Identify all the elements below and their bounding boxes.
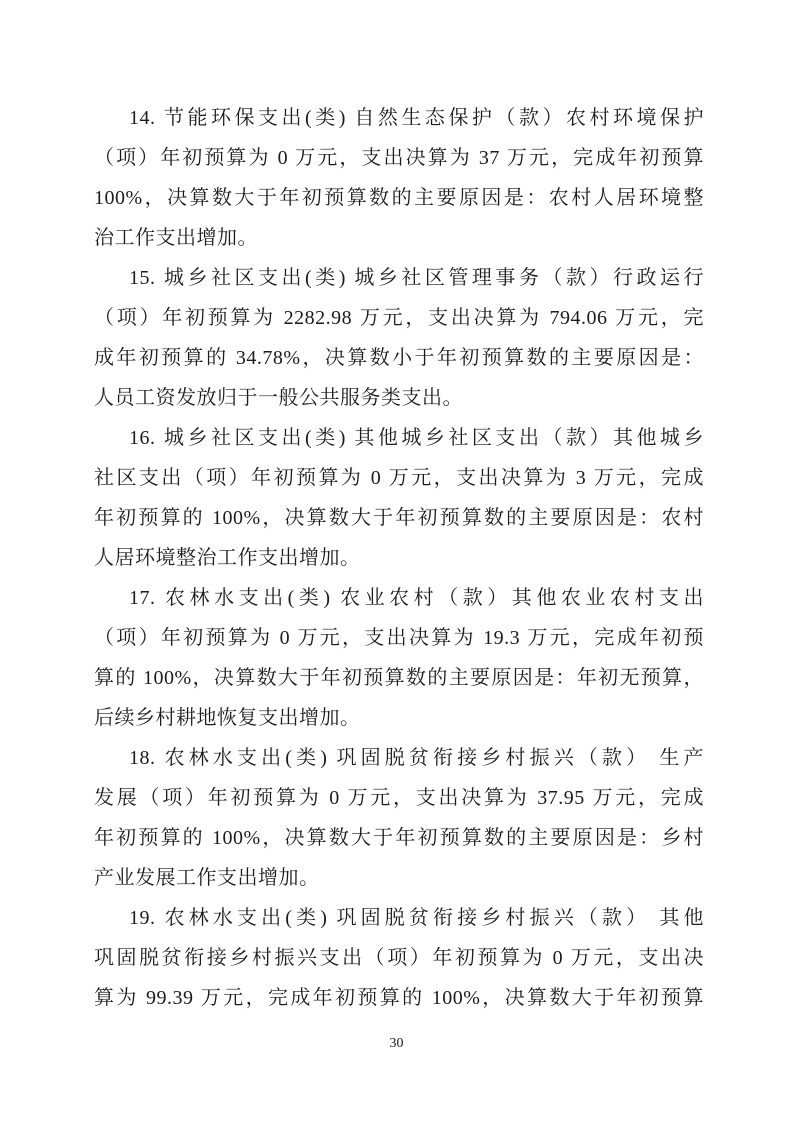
text-line: 算为 99.39 万元，完成年初预算的 100%，决算数大于年初预算: [94, 978, 704, 1018]
text-line: 社区支出（项）年初预算为 0 万元，支出决算为 3 万元，完成: [94, 458, 704, 498]
paragraph-item-19: 19. 农林水支出(类) 巩固脱贫衔接乡村振兴（款） 其他 巩固脱贫衔接乡村振兴…: [94, 898, 704, 1018]
text-line: 16. 城乡社区支出(类) 其他城乡社区支出（款）其他城乡: [94, 418, 704, 458]
paragraph-item-15: 15. 城乡社区支出(类) 城乡社区管理事务（款）行政运行 （项）年初预算为 2…: [94, 258, 704, 418]
document-body: 14. 节能环保支出(类) 自然生态保护（款）农村环境保护 （项）年初预算为 0…: [94, 98, 704, 1018]
text-line: 18. 农林水支出(类) 巩固脱贫衔接乡村振兴（款） 生产: [94, 738, 704, 778]
text-line: 100%，决算数大于年初预算数的主要原因是：农村人居环境整: [94, 178, 704, 218]
text-line: 人居环境整治工作支出增加。: [94, 538, 704, 578]
paragraph-item-16: 16. 城乡社区支出(类) 其他城乡社区支出（款）其他城乡 社区支出（项）年初预…: [94, 418, 704, 578]
paragraph-item-18: 18. 农林水支出(类) 巩固脱贫衔接乡村振兴（款） 生产 发展（项）年初预算为…: [94, 738, 704, 898]
paragraph-item-17: 17. 农林水支出(类) 农业农村（款）其他农业农村支出 （项）年初预算为 0 …: [94, 578, 704, 738]
text-line: 人员工资发放归于一般公共服务类支出。: [94, 378, 704, 418]
text-line: （项）年初预算为 0 万元，支出决算为 19.3 万元，完成年初预: [94, 618, 704, 658]
text-line: 17. 农林水支出(类) 农业农村（款）其他农业农村支出: [94, 578, 704, 618]
text-line: 产业发展工作支出增加。: [94, 858, 704, 898]
text-line: 年初预算的 100%，决算数大于年初预算数的主要原因是：乡村: [94, 818, 704, 858]
text-line: 19. 农林水支出(类) 巩固脱贫衔接乡村振兴（款） 其他: [94, 898, 704, 938]
document-page: 14. 节能环保支出(类) 自然生态保护（款）农村环境保护 （项）年初预算为 0…: [0, 0, 793, 1122]
text-line: 15. 城乡社区支出(类) 城乡社区管理事务（款）行政运行: [94, 258, 704, 298]
text-line: 成年初预算的 34.78%，决算数小于年初预算数的主要原因是：: [94, 338, 704, 378]
page-number: 30: [390, 1036, 404, 1051]
text-line: （项）年初预算为 0 万元，支出决算为 37 万元，完成年初预算: [94, 138, 704, 178]
text-line: 年初预算的 100%，决算数大于年初预算数的主要原因是：农村: [94, 498, 704, 538]
text-line: 巩固脱贫衔接乡村振兴支出（项）年初预算为 0 万元，支出决: [94, 938, 704, 978]
text-line: 治工作支出增加。: [94, 218, 704, 258]
page-footer: 30: [0, 1034, 793, 1052]
text-line: （项）年初预算为 2282.98 万元，支出决算为 794.06 万元，完: [94, 298, 704, 338]
text-line: 发展（项）年初预算为 0 万元，支出决算为 37.95 万元，完成: [94, 778, 704, 818]
paragraph-item-14: 14. 节能环保支出(类) 自然生态保护（款）农村环境保护 （项）年初预算为 0…: [94, 98, 704, 258]
text-line: 14. 节能环保支出(类) 自然生态保护（款）农村环境保护: [94, 98, 704, 138]
text-line: 后续乡村耕地恢复支出增加。: [94, 698, 704, 738]
text-line: 算的 100%，决算数大于年初预算数的主要原因是：年初无预算，: [94, 658, 704, 698]
